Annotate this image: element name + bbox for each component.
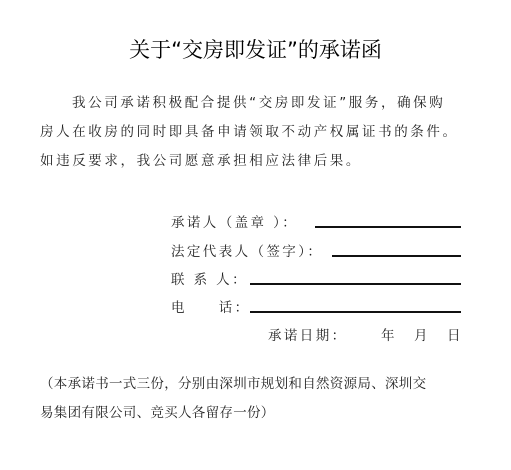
- month-label: 月: [414, 324, 428, 344]
- legal-rep-signature-line[interactable]: [332, 255, 461, 257]
- note-line-2: 易集团有限公司、竞买人各留存一份）: [40, 399, 480, 428]
- contact-line[interactable]: [250, 283, 461, 285]
- note-line-1: （本承诺书一式三份，分别由深圳市规划和自然资源局、深圳交: [40, 370, 480, 399]
- year-label: 年: [381, 324, 395, 344]
- phone-line[interactable]: [250, 311, 461, 313]
- phone-label: 电 话：: [171, 296, 251, 316]
- copies-note: （本承诺书一式三份，分别由深圳市规划和自然资源局、深圳交 易集团有限公司、竞买人…: [40, 370, 480, 428]
- body-line-3: 如违反要求，我公司愿意承担相应法律后果。: [40, 147, 470, 176]
- legal-rep-label: 法定代表人（签字）：: [171, 240, 323, 260]
- document-title: 关于“交房即发证”的承诺函: [0, 34, 511, 64]
- day-label: 日: [447, 324, 461, 344]
- body-line-1-text: 我公司承诺积极配合提供“交房即发证”服务，确保购: [72, 95, 445, 111]
- promisor-label: 承诺人（盖章 ）：: [171, 211, 298, 231]
- contact-label: 联 系 人：: [171, 268, 248, 288]
- body-line-1: 我公司承诺积极配合提供“交房即发证”服务，确保购: [40, 89, 470, 118]
- body-line-2: 房人在收房的同时即具备申请领取不动产权属证书的条件。: [40, 118, 470, 147]
- promisor-signature-line[interactable]: [315, 226, 461, 228]
- date-label: 承诺日期：: [268, 324, 348, 344]
- body-paragraph: 我公司承诺积极配合提供“交房即发证”服务，确保购 房人在收房的同时即具备申请领取…: [40, 89, 470, 176]
